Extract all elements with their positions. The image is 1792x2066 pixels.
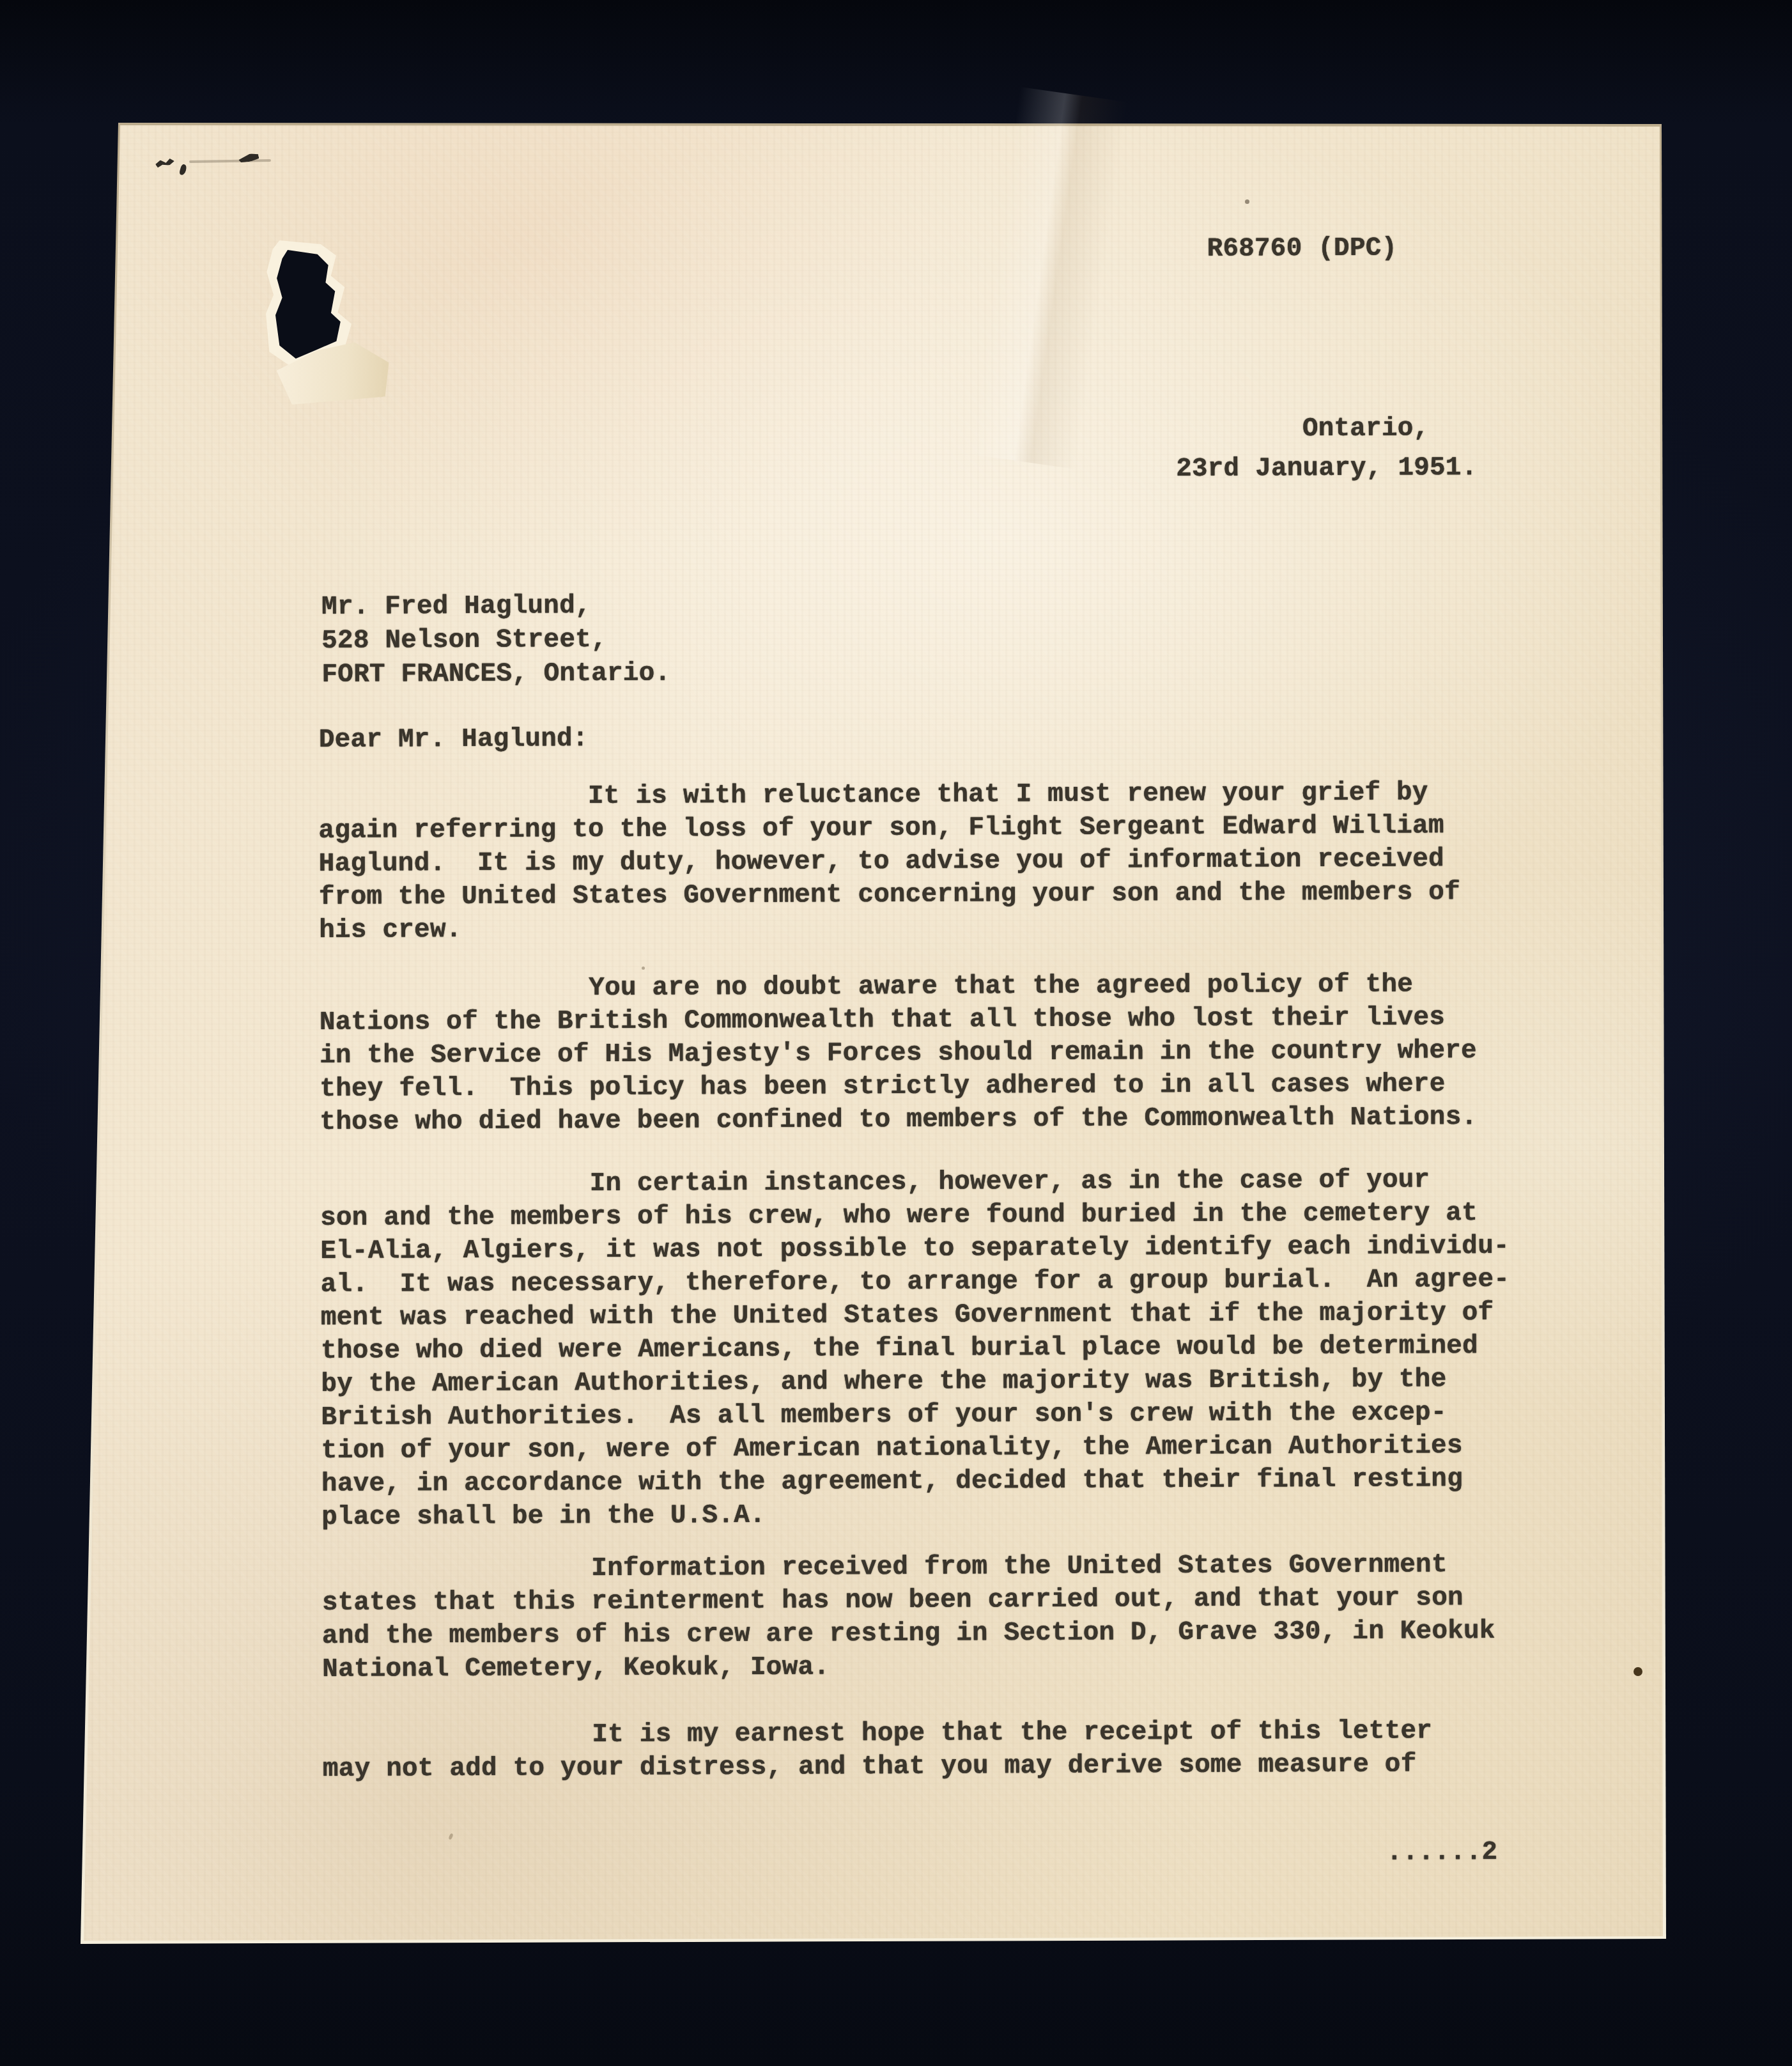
scanned-letter-photo: { "letter": { "reference": "R68760 (DPC)… xyxy=(0,0,1792,2066)
page-continuation-marker: ......2 xyxy=(1386,1836,1497,1870)
paragraph-4: Information received from the United Sta… xyxy=(322,1548,1495,1686)
paragraph-5: It is my earnest hope that the receipt o… xyxy=(323,1714,1433,1786)
letter-content: R68760 (DPC) Ontario, 23rd January, 1951… xyxy=(0,0,1792,2066)
recipient-address: Mr. Fred Haglund, 528 Nelson Street, FOR… xyxy=(321,589,670,692)
paragraph-2: You are no doubt aware that the agreed p… xyxy=(320,968,1478,1139)
salutation: Dear Mr. Haglund: xyxy=(319,722,589,757)
dateline-place: Ontario, xyxy=(1302,412,1430,446)
paragraph-3: In certain instances, however, as in the… xyxy=(320,1163,1511,1534)
dateline-date: 23rd January, 1951. xyxy=(1176,451,1478,486)
reference-number: R68760 (DPC) xyxy=(1207,232,1398,266)
paragraph-1: It is with reluctance that I must renew … xyxy=(318,776,1460,947)
